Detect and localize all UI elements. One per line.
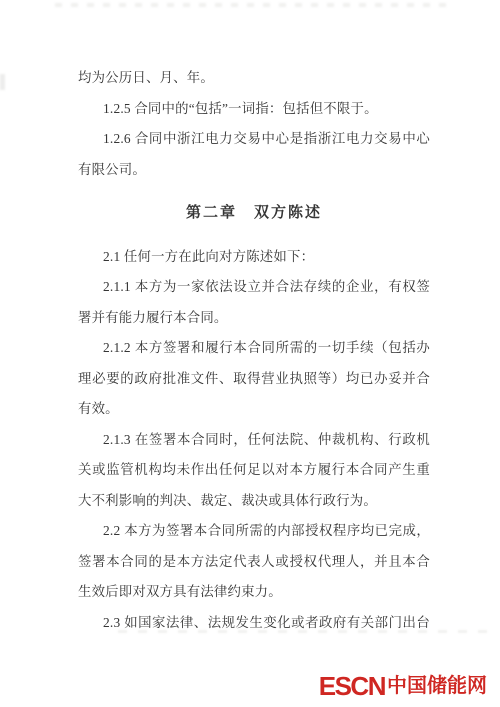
text-line: 大不利影响的判决、裁定、裁决或具体行政行为。 xyxy=(78,486,430,517)
text-line: 2.2 本方为签署本合同所需的内部授权程序均已完成， xyxy=(78,516,430,547)
text-line: 2.3 如国家法律、法规发生变化或者政府有关部门出台 xyxy=(78,608,430,639)
text-line: 2.1 任何一方在此向对方陈述如下： xyxy=(78,242,430,273)
text-line: 关或监管机构均未作出任何足以对本方履行本合同产生重 xyxy=(78,455,430,486)
text-line: 1.2.5 合同中的“包括”一词指：包括但不限于。 xyxy=(78,94,430,125)
escn-watermark-logo: ESCN 中国储能网 xyxy=(319,673,487,699)
logo-text-en: ESCN xyxy=(319,673,385,699)
text-line: 2.1.1 本方为一家依法设立并合法存续的企业，有权签 xyxy=(78,272,430,303)
text-line: 有效。 xyxy=(78,394,430,425)
text-line: 理必要的政府批准文件、取得营业执照等）均已办妥并合法 xyxy=(78,364,430,395)
text-line: 1.2.6 合同中浙江电力交易中心是指浙江电力交易中心 xyxy=(78,124,430,155)
text-line: 2.1.3 在签署本合同时，任何法院、仲裁机构、行政机 xyxy=(78,425,430,456)
scanned-document-page: 均为公历日、月、年。1.2.5 合同中的“包括”一词指：包括但不限于。1.2.6… xyxy=(0,0,500,707)
document-body: 均为公历日、月、年。1.2.5 合同中的“包括”一词指：包括但不限于。1.2.6… xyxy=(78,63,430,638)
text-line: 署并有能力履行本合同。 xyxy=(78,303,430,334)
scan-artifact xyxy=(0,74,5,90)
text-line: 签署本合同的是本方法定代表人或授权代理人，并且本合同 xyxy=(78,547,430,578)
logo-text-cn: 中国储能网 xyxy=(387,676,487,696)
chapter-heading: 第二章 双方陈述 xyxy=(78,198,430,229)
text-line: 均为公历日、月、年。 xyxy=(78,63,430,94)
scan-artifact xyxy=(55,3,455,7)
text-line: 2.1.2 本方签署和履行本合同所需的一切手续（包括办 xyxy=(78,333,430,364)
text-line: 生效后即对双方具有法律约束力。 xyxy=(78,577,430,608)
text-line: 有限公司。 xyxy=(78,155,430,186)
